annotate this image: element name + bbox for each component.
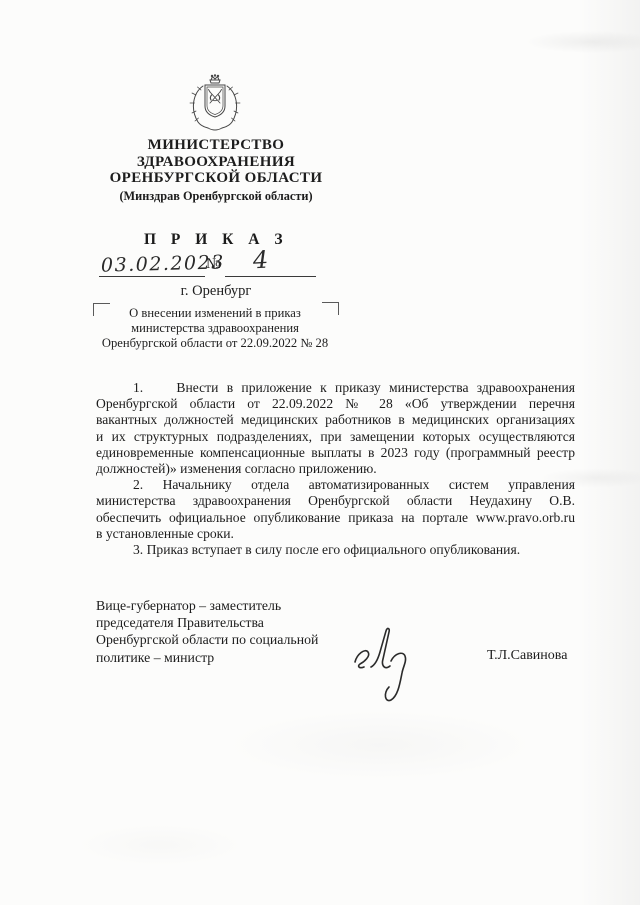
signatory-position-line: Вице-губернатор – заместитель (96, 597, 346, 614)
signatory-name: Т.Л.Савинова (487, 648, 567, 664)
ministry-short-name: (Минздрав Оренбургской области) (88, 189, 344, 204)
signatory-position-line: председателя Правительства (96, 614, 346, 631)
body-line: и их структурных подразделениях, при зам… (96, 429, 575, 445)
order-number-handwritten: 4 (252, 246, 269, 275)
number-sign: № (206, 256, 220, 273)
ministry-name-line: МИНИСТЕРСТВО (88, 137, 344, 154)
signatory-position-line: Оренбургской области по социальной (96, 631, 346, 648)
subject-line: О внесении изменений в приказ (92, 306, 338, 321)
subject-line: Оренбургской области от 22.09.2022 № 28 (92, 336, 338, 351)
body-line: вакантных должностей медицинских работни… (96, 412, 575, 428)
signatory-position-line: политике – министр (96, 649, 346, 666)
order-city: г. Оренбург (88, 283, 344, 300)
signature-icon (345, 620, 440, 708)
ministry-name-block: МИНИСТЕРСТВО ЗДРАВООХРАНЕНИЯ ОРЕНБУРГСКО… (88, 137, 344, 204)
body-line: 2. Начальнику отдела автоматизированных … (96, 477, 575, 493)
body-line: должностей)» изменения согласно приложен… (96, 461, 575, 477)
body-line: министерства здравоохранения Оренбургско… (96, 493, 575, 509)
subject-line: министерства здравоохранения (92, 321, 338, 336)
body-line: 3. Приказ вступает в силу после его офиц… (96, 542, 575, 558)
ministry-name-line: ЗДРАВООХРАНЕНИЯ (88, 154, 344, 171)
scanned-order-document: МИНИСТЕРСТВО ЗДРАВООХРАНЕНИЯ ОРЕНБУРГСКО… (0, 0, 640, 905)
body-line: Оренбургской области от 22.09.2022 № 28 … (96, 396, 575, 412)
order-subject: О внесении изменений в приказ министерст… (92, 306, 338, 351)
number-underline (225, 276, 316, 277)
body-line: 1. Внести в приложение к приказу министе… (96, 380, 575, 396)
order-body: 1. Внести в приложение к приказу министе… (96, 380, 575, 558)
ministry-name-line: ОРЕНБУРГСКОЙ ОБЛАСТИ (88, 170, 344, 187)
body-line: единовременные компенсационные выплаты в… (96, 445, 575, 461)
body-line: обеспечить официальное опубликование при… (96, 510, 575, 526)
body-line: в установленные сроки. (96, 526, 575, 542)
order-title: П Р И К А З (88, 231, 344, 249)
signatory-position: Вице-губернатор – заместитель председате… (96, 597, 346, 666)
coat-of-arms-icon (185, 73, 245, 137)
